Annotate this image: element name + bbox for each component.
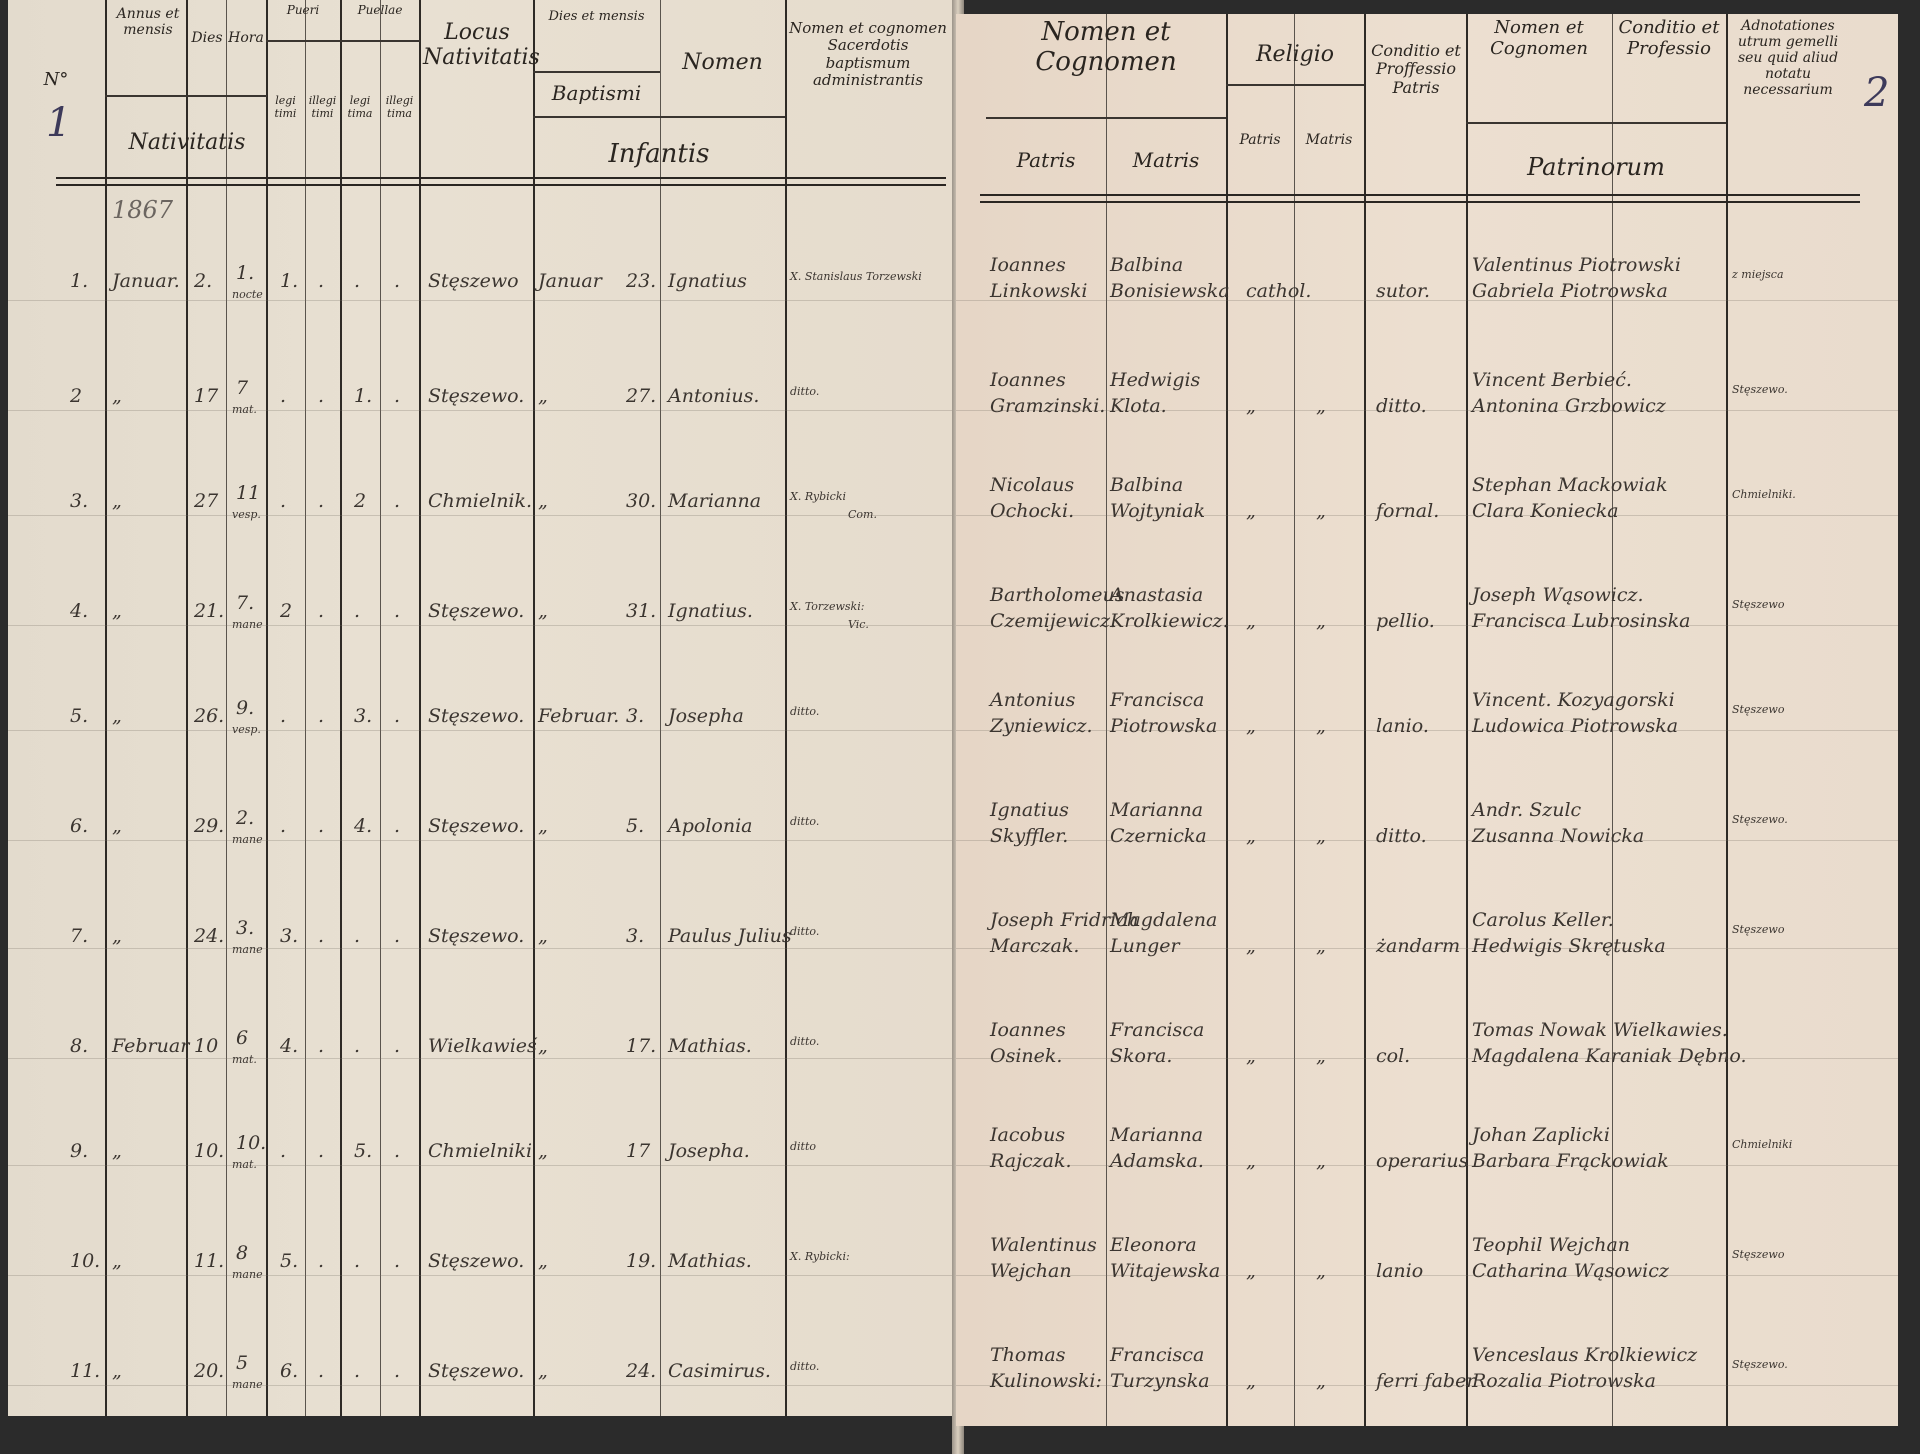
father-profession: col. [1376,1045,1410,1067]
col-divider [380,0,381,1416]
religion-mother: „ [1316,1260,1326,1282]
birth-month: „ [112,600,122,622]
col-divider [660,0,661,1416]
mother-surname: Piotrowska [1110,715,1217,737]
father-name: Bartholomeus [990,584,1124,606]
col-divider [1294,14,1295,1426]
priest-name: ditto [790,1140,816,1153]
illegitimate-male: . [318,600,324,622]
godparent-1: Venceslaus Krolkiewicz [1472,1344,1697,1366]
godparent-1: Teophil Wejchan [1472,1234,1630,1256]
illegitimate-female: . [394,705,400,727]
father-name: Antonius [990,689,1075,711]
legitimate-female: 2 [354,490,366,512]
godparent-1: Tomas Nowak Wielkawies. [1472,1019,1728,1041]
baptism-day: 19. [626,1250,656,1272]
header-nativitatis: Nativitatis [108,130,266,155]
col-divider [1106,14,1107,1426]
header-line [986,117,1226,119]
mother-name: Balbina [1110,474,1183,496]
col-divider [186,0,188,1416]
mother-name: Balbina [1110,254,1183,276]
mother-surname: Lunger [1110,935,1180,957]
mother-surname: Klota. [1110,395,1167,417]
entry-number: 7. [70,925,88,947]
header-illegitima: illegi tima [380,95,419,120]
mother-name: Magdalena [1110,909,1217,931]
child-name: Josepha. [668,1140,750,1162]
religion-father: „ [1246,715,1256,737]
birth-month: „ [112,385,122,407]
father-surname: Zyniewicz. [990,715,1093,737]
priest-name: X. Rybicki: [790,1250,850,1263]
godparents-location: Stęszewo. [1732,813,1788,826]
father-name: Ioannes [990,1019,1066,1041]
father-surname: Osinek. [990,1045,1062,1067]
mother-surname: Bonisiewska [1110,280,1230,302]
godparents-location: Stęszewo [1732,598,1784,611]
birth-month: Februar [112,1035,189,1057]
godparent-1: Vincent Berbieć. [1472,369,1632,391]
birth-month: „ [112,490,122,512]
mother-name: Hedwigis [1110,369,1200,391]
birth-hour: 2. [236,807,254,829]
illegitimate-male: . [318,705,324,727]
entry-number: 2 [70,385,82,407]
birth-month: „ [112,925,122,947]
col-divider [419,0,421,1416]
baptism-month: „ [538,1035,548,1057]
illegitimate-male: . [318,1035,324,1057]
baptism-day: 3. [626,705,644,727]
header-line [266,40,420,42]
religion-mother: „ [1316,1045,1326,1067]
header-dies-mensis: Dies et mensis [533,10,660,25]
birth-hour-note: vesp. [232,508,261,521]
baptism-day: 5. [626,815,644,837]
birth-hour: 1. [236,262,254,284]
header-num: N° [36,70,76,91]
father-surname: Ochocki. [990,500,1074,522]
legitimate-male: 1. [280,270,298,292]
birth-hour: 3. [236,917,254,939]
baptism-day: 30. [626,490,656,512]
godparents-location: Stęszewo [1732,703,1784,716]
priest-name: ditto. [790,815,819,828]
mother-surname: Krolkiewicz. [1110,610,1229,632]
mother-name: Marianna [1110,799,1203,821]
col-divider [340,0,342,1416]
birth-day: 26. [194,705,224,727]
priest-name: ditto. [790,385,819,398]
birthplace: Stęszewo. [428,600,524,622]
legitimate-male: . [280,490,286,512]
child-name: Ignatius. [668,600,753,622]
header-religio: Religio [1226,42,1364,67]
baptism-month: Januar [538,270,602,292]
father-surname: Wejchan [990,1260,1072,1282]
entry-number: 4. [70,600,88,622]
godparent-2: Hedwigis Skrętuska [1472,935,1666,957]
birth-day: 11. [194,1250,224,1272]
child-name: Mathias. [668,1035,752,1057]
father-profession: ditto. [1376,825,1427,847]
header-sacerdos: Nomen et cognomen Sacerdotis baptismum a… [788,20,948,89]
religion-father: „ [1246,395,1256,417]
godparent-2: Gabriela Piotrowska [1472,280,1668,302]
father-surname: Linkowski [990,280,1088,302]
illegitimate-male: . [318,270,324,292]
birthplace: Stęszewo. [428,1360,524,1382]
birth-hour: 9. [236,697,254,719]
father-name: Ioannes [990,254,1066,276]
baptism-day: 23. [626,270,656,292]
legitimate-male: . [280,815,286,837]
godparent-2: Zusanna Nowicka [1472,825,1644,847]
header-line [105,95,267,97]
baptism-month: „ [538,925,548,947]
father-name: Ioannes [990,369,1066,391]
illegitimate-male: . [318,490,324,512]
baptism-month: „ [538,600,548,622]
birth-hour: 5 [236,1352,248,1374]
entry-number: 9. [70,1140,88,1162]
birthplace: Stęszewo. [428,1250,524,1272]
father-profession: lanio [1376,1260,1423,1282]
col-divider [785,0,787,1416]
header-nomen-cognomen: Nomen et Cognomen [986,18,1226,78]
birth-month: „ [112,1140,122,1162]
mother-name: Marianna [1110,1124,1203,1146]
birthplace: Chmielnik. [428,490,532,512]
birth-hour-note: mane [232,618,263,631]
header-nomen: Nomen [660,50,785,75]
legitimate-female: 3. [354,705,372,727]
legitimate-male: . [280,1140,286,1162]
birth-day: 21. [194,600,224,622]
header-hora: Hora [226,30,266,46]
religion-father: cathol. [1246,280,1311,302]
baptism-month: „ [538,815,548,837]
priest-name: X. Torzewski: [790,600,864,613]
illegitimate-female: . [394,600,400,622]
left-page: 1 N° Annus et mensis Dies Hora Nativitat… [8,0,960,1416]
priest-title: Vic. [848,618,869,631]
baptism-month: „ [538,385,548,407]
godparent-2: Antonina Grzbowicz [1472,395,1666,417]
legitimate-female: . [354,1360,360,1382]
birth-month: „ [112,1250,122,1272]
header-legitima: legi tima [340,95,380,120]
header-annus-mensis: Annus et mensis [108,6,188,38]
godparents-location: Chmielniki. [1732,488,1796,501]
godparents-location: Stęszewo. [1732,383,1788,396]
mother-surname: Czernicka [1110,825,1207,847]
header-religio-matris: Matris [1294,132,1364,148]
priest-name: X. Rybicki [790,490,846,503]
illegitimate-female: . [394,270,400,292]
entry-number: 3. [70,490,88,512]
religion-mother: „ [1316,1150,1326,1172]
col-divider [1466,14,1468,1426]
priest-name: ditto. [790,1035,819,1048]
birth-day: 24. [194,925,224,947]
header-illegitimi: illegi timi [305,95,340,120]
header-matris: Matris [1106,149,1226,172]
godparent-1: Andr. Szulc [1472,799,1581,821]
godparents-location: Stęszewo [1732,923,1784,936]
religion-father: „ [1246,935,1256,957]
father-profession: sutor. [1376,280,1430,302]
birth-hour-note: mane [232,1378,263,1391]
entry-number: 10. [70,1250,100,1272]
birthplace: Chmielniki [428,1140,532,1162]
legitimate-female: . [354,270,360,292]
godparent-1: Carolus Keller. [1472,909,1614,931]
religion-father: „ [1246,1045,1256,1067]
father-profession: ferri faber [1376,1370,1475,1392]
birth-hour-note: mat. [232,403,257,416]
birth-hour-note: mane [232,1268,263,1281]
godparent-2: Magdalena Karaniak Dębno. [1472,1045,1747,1067]
godparent-1: Vincent. Kozyagorski [1472,689,1675,711]
col-divider [226,0,227,1416]
priest-name: X. Stanislaus Torzewski [790,270,922,283]
priest-name: ditto. [790,925,819,938]
godparents-location: Stęszewo. [1732,1358,1788,1371]
birthplace: Stęszewo. [428,925,524,947]
birth-month: Januar. [112,270,180,292]
header-pueri: Pueri [266,4,340,18]
mother-surname: Wojtyniak [1110,500,1205,522]
godparents-location: Chmielniki [1732,1138,1792,1151]
father-name: Walentinus [990,1234,1097,1256]
col-divider [105,0,107,1416]
priest-title: Com. [848,508,877,521]
mother-name: Anastasia [1110,584,1203,606]
mother-surname: Turzynska [1110,1370,1210,1392]
header-conditio: Conditio et Proffessio Patris [1366,42,1466,97]
baptism-day: 3. [626,925,644,947]
legitimate-female: . [354,925,360,947]
religion-mother: „ [1316,825,1326,847]
header-double-rule [980,194,1860,203]
legitimate-female: 5. [354,1140,372,1162]
father-name: Iacobus [990,1124,1065,1146]
birth-day: 20. [194,1360,224,1382]
mother-surname: Adamska. [1110,1150,1204,1172]
legitimate-male: 3. [280,925,298,947]
father-profession: pellio. [1376,610,1435,632]
header-puellae: Puellae [340,4,420,18]
child-name: Apolonia [668,815,752,837]
child-name: Mathias. [668,1250,752,1272]
birth-day: 2. [194,270,212,292]
header-adnotationes: Adnotationes utrum gemelli seu quid aliu… [1728,18,1848,98]
father-profession: lanio. [1376,715,1429,737]
mother-name: Francisca [1110,1344,1204,1366]
header-baptismi: Baptismi [533,82,660,105]
baptism-day: 17. [626,1035,656,1057]
birth-hour-note: mane [232,833,263,846]
right-page: 2 Nomen et Cognomen Patris Matris Religi… [956,14,1898,1426]
page-number-right: 2 [1864,70,1889,116]
illegitimate-female: . [394,925,400,947]
birth-day: 10. [194,1140,224,1162]
godparent-1: Valentinus Piotrowski [1472,254,1681,276]
birth-day: 10 [194,1035,218,1057]
godparent-2: Francisca Lubrosinska [1472,610,1691,632]
child-name: Antonius. [668,385,759,407]
header-infantis: Infantis [533,140,785,170]
header-locus: Locus Nativitatis [423,20,531,71]
birthplace: Wielkawieś [428,1035,537,1057]
father-surname: Czemijewicz. [990,610,1116,632]
father-name: Ignatius [990,799,1069,821]
header-double-rule [56,177,946,186]
birth-day: 27 [194,490,218,512]
header-patrini-nomen: Nomen et Cognomen [1466,18,1612,59]
illegitimate-female: . [394,490,400,512]
child-name: Casimirus. [668,1360,771,1382]
page-number-left: 1 [46,100,71,146]
birth-hour-note: nocte [232,288,263,301]
birth-hour: 7 [236,377,248,399]
illegitimate-male: . [318,1250,324,1272]
birthplace: Stęszewo. [428,705,524,727]
father-name: Thomas [990,1344,1065,1366]
col-divider [1226,14,1228,1426]
legitimate-male: 4. [280,1035,298,1057]
baptism-month: „ [538,1360,548,1382]
godparent-2: Ludowica Piotrowska [1472,715,1678,737]
legitimate-female: . [354,1250,360,1272]
religion-mother: „ [1316,610,1326,632]
illegitimate-male: . [318,815,324,837]
header-patrini-conditio: Conditio et Professio [1612,18,1726,59]
illegitimate-male: . [318,1360,324,1382]
godparent-1: Stephan Mackowiak [1472,474,1667,496]
entry-number: 5. [70,705,88,727]
birthplace: Stęszewo. [428,815,524,837]
illegitimate-female: . [394,1140,400,1162]
illegitimate-female: . [394,385,400,407]
header-line [533,116,785,118]
religion-father: „ [1246,1370,1256,1392]
father-name: Nicolaus [990,474,1074,496]
header-line [533,71,660,73]
father-surname: Kulinowski: [990,1370,1102,1392]
legitimate-male: . [280,705,286,727]
baptism-month: „ [538,1140,548,1162]
birth-hour-note: vesp. [232,723,261,736]
godparent-2: Clara Koniecka [1472,500,1619,522]
father-surname: Marczak. [990,935,1079,957]
baptism-day: 17 [626,1140,650,1162]
illegitimate-male: . [318,1140,324,1162]
header-legitimi: legi timi [266,95,305,120]
father-profession: fornal. [1376,500,1439,522]
religion-mother: „ [1316,395,1326,417]
year-label: 1867 [112,196,173,224]
birth-month: „ [112,815,122,837]
birth-day: 17 [194,385,218,407]
godparents-location: z miejsca [1732,268,1784,281]
father-surname: Skyffler. [990,825,1068,847]
birth-hour: 10. [236,1132,266,1154]
birth-hour: 6 [236,1027,248,1049]
header-patrinorum: Patrinorum [1466,154,1726,182]
birth-day: 29. [194,815,224,837]
mother-surname: Witajewska [1110,1260,1220,1282]
child-name: Marianna [668,490,761,512]
birthplace: Stęszewo [428,270,519,292]
birth-hour: 7. [236,592,254,614]
birth-hour-note: mane [232,943,263,956]
mother-surname: Skora. [1110,1045,1172,1067]
entry-number: 8. [70,1035,88,1057]
entry-number: 1. [70,270,88,292]
baptism-month: „ [538,1250,548,1272]
religion-father: „ [1246,500,1256,522]
legitimate-female: 1. [354,385,372,407]
illegitimate-female: . [394,1360,400,1382]
baptism-day: 31. [626,600,656,622]
birth-hour-note: mat. [232,1053,257,1066]
header-dies: Dies [188,30,226,46]
col-divider [266,0,268,1416]
legitimate-male: 5. [280,1250,298,1272]
entry-number: 6. [70,815,88,837]
godparents-location: Stęszewo [1732,1248,1784,1261]
col-divider [1364,14,1366,1426]
father-profession: żandarm [1376,935,1460,957]
legitimate-male: 6. [280,1360,298,1382]
header-religio-patris: Patris [1226,132,1294,148]
child-name: Ignatius [668,270,747,292]
baptism-day: 27. [626,385,656,407]
priest-name: ditto. [790,1360,819,1373]
header-patris: Patris [986,149,1106,172]
col-divider [533,0,535,1416]
birth-hour: 11 [236,482,260,504]
birth-month: „ [112,1360,122,1382]
header-line [1466,122,1726,124]
religion-father: „ [1246,610,1256,632]
child-name: Josepha [668,705,744,727]
illegitimate-female: . [394,1035,400,1057]
religion-mother: „ [1316,715,1326,737]
legitimate-male: . [280,385,286,407]
mother-name: Francisca [1110,689,1204,711]
godparent-2: Catharina Wąsowicz [1472,1260,1669,1282]
father-surname: Rajczak. [990,1150,1072,1172]
child-name: Paulus Julius [668,925,792,947]
religion-mother: „ [1316,500,1326,522]
entry-number: 11. [70,1360,100,1382]
priest-name: ditto. [790,705,819,718]
godparent-2: Rozalia Piotrowska [1472,1370,1656,1392]
illegitimate-female: . [394,1250,400,1272]
baptism-month: Februar. [538,705,619,727]
mother-name: Francisca [1110,1019,1204,1041]
godparent-2: Barbara Frąckowiak [1472,1150,1669,1172]
illegitimate-female: . [394,815,400,837]
birth-month: „ [112,705,122,727]
godparent-1: Johan Zaplicki [1472,1124,1610,1146]
col-divider [305,0,306,1416]
legitimate-female: . [354,1035,360,1057]
